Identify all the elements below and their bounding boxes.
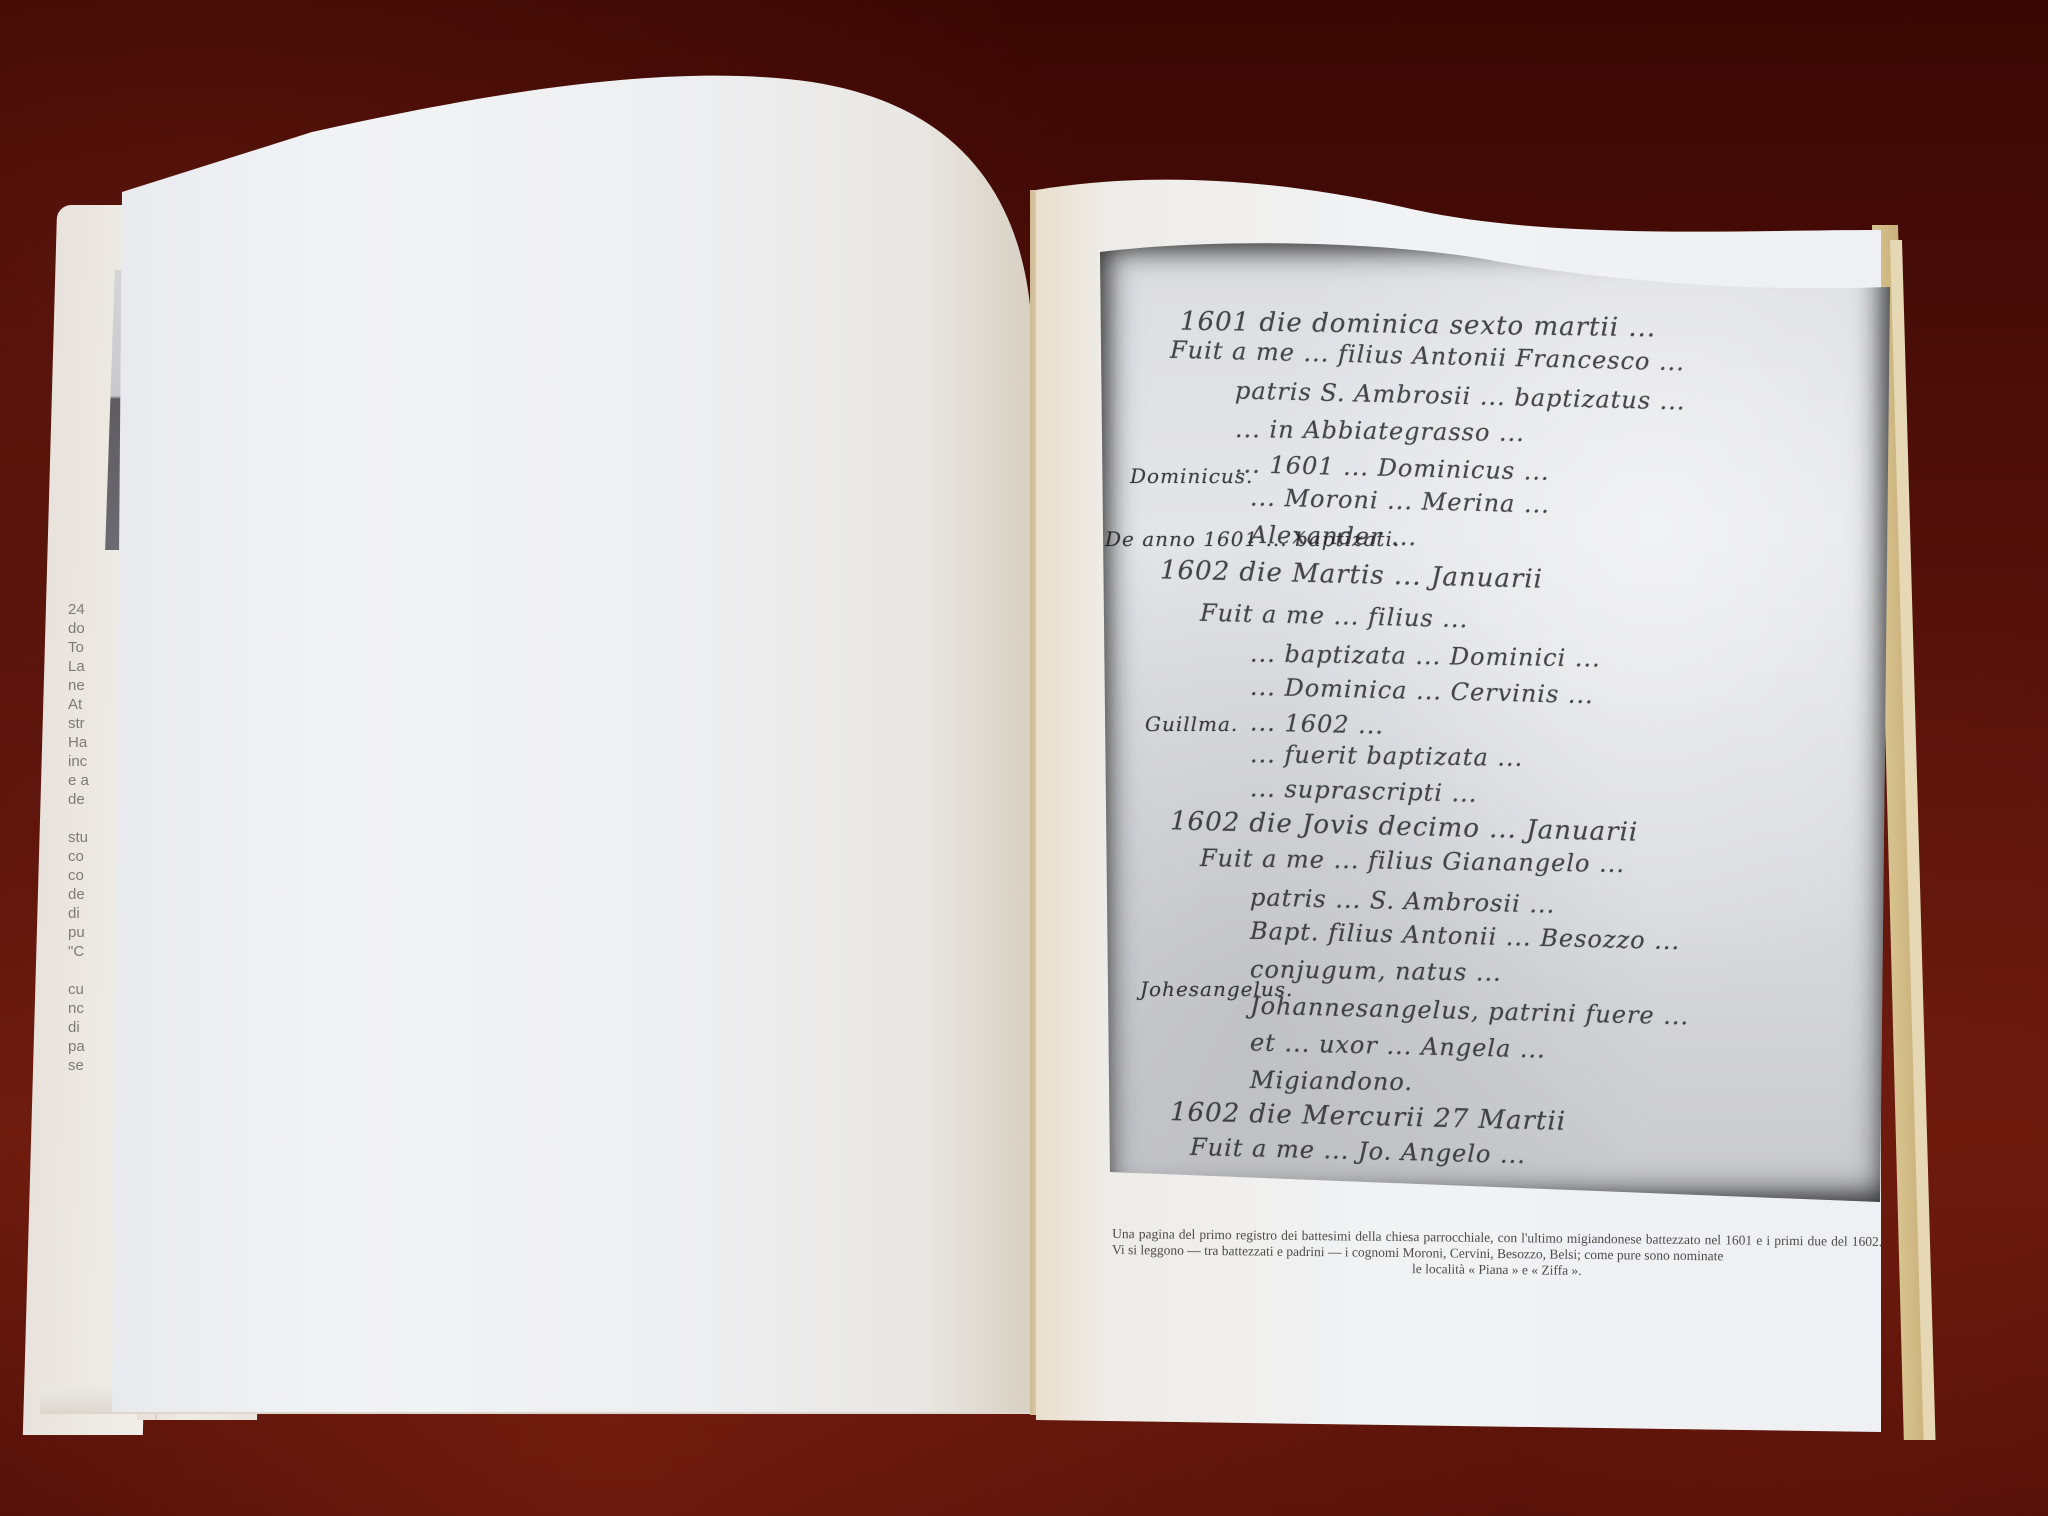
underlying-page-text: 24 do To La ne At str Ha inc e a de stu … bbox=[68, 600, 114, 1075]
blank-left-page[interactable] bbox=[112, 72, 1032, 1412]
manuscript-handwriting-line: Bapt. filius Antonii ... Besozzo ... bbox=[1250, 917, 1681, 956]
manuscript-handwriting-line: 1602 die Mercurii 27 Martii bbox=[1170, 1097, 1567, 1137]
manuscript-handwriting-line: 1602 die Jovis decimo ... Januarii bbox=[1170, 806, 1639, 847]
manuscript-handwriting-line: patris ... S. Ambrosii ... bbox=[1250, 883, 1556, 918]
manuscript-handwriting-line: Fuit a me ... Jo. Angelo ... bbox=[1190, 1133, 1527, 1169]
manuscript-handwriting-line: et ... uxor ... Angela ... bbox=[1250, 1028, 1547, 1063]
manuscript-facsimile: 1601 die dominica sexto martii ...Fuit a… bbox=[1100, 242, 1890, 1202]
figure-caption: Una pagina del primo registro dei battes… bbox=[1112, 1226, 1882, 1282]
manuscript-margin-note: Guillma. bbox=[1145, 712, 1238, 736]
manuscript-handwriting-line: ... fuerit baptizata ... bbox=[1250, 740, 1524, 772]
manuscript-handwriting-line: Fuit a me ... filius Gianangelo ... bbox=[1200, 844, 1625, 878]
manuscript-handwriting-line: patris S. Ambrosii ... baptizatus ... bbox=[1235, 376, 1686, 415]
manuscript-handwriting-line: ... 1601 ... Dominicus ... bbox=[1235, 450, 1550, 486]
manuscript-handwriting-line: ... 1602 ... bbox=[1250, 708, 1385, 739]
manuscript-handwriting-line: Migiandono. bbox=[1250, 1066, 1413, 1096]
manuscript-handwriting-line: Johannesangelus, patrini fuere ... bbox=[1250, 992, 1690, 1031]
manuscript-margin-note: Johesangelus. bbox=[1140, 977, 1293, 1001]
manuscript-margin-note: De anno 1601 ... baptizati. bbox=[1105, 527, 1400, 551]
manuscript-handwriting-line: ... in Abbiategrasso ... bbox=[1235, 415, 1525, 447]
manuscript-handwriting-line: Fuit a me ... filius ... bbox=[1200, 599, 1469, 634]
manuscript-handwriting-line: ... suprascripti ... bbox=[1250, 774, 1478, 808]
manuscript-margin-note: Dominicus. bbox=[1130, 464, 1253, 488]
manuscript-handwriting-line: ... Dominica ... Cervinis ... bbox=[1250, 673, 1594, 709]
manuscript-handwriting-line: ... baptizata ... Dominici ... bbox=[1250, 640, 1601, 673]
manuscript-handwriting-line: ... Moroni ... Merina ... bbox=[1250, 483, 1551, 518]
manuscript-handwriting-line: 1602 die Martis ... Januarii bbox=[1160, 555, 1544, 594]
